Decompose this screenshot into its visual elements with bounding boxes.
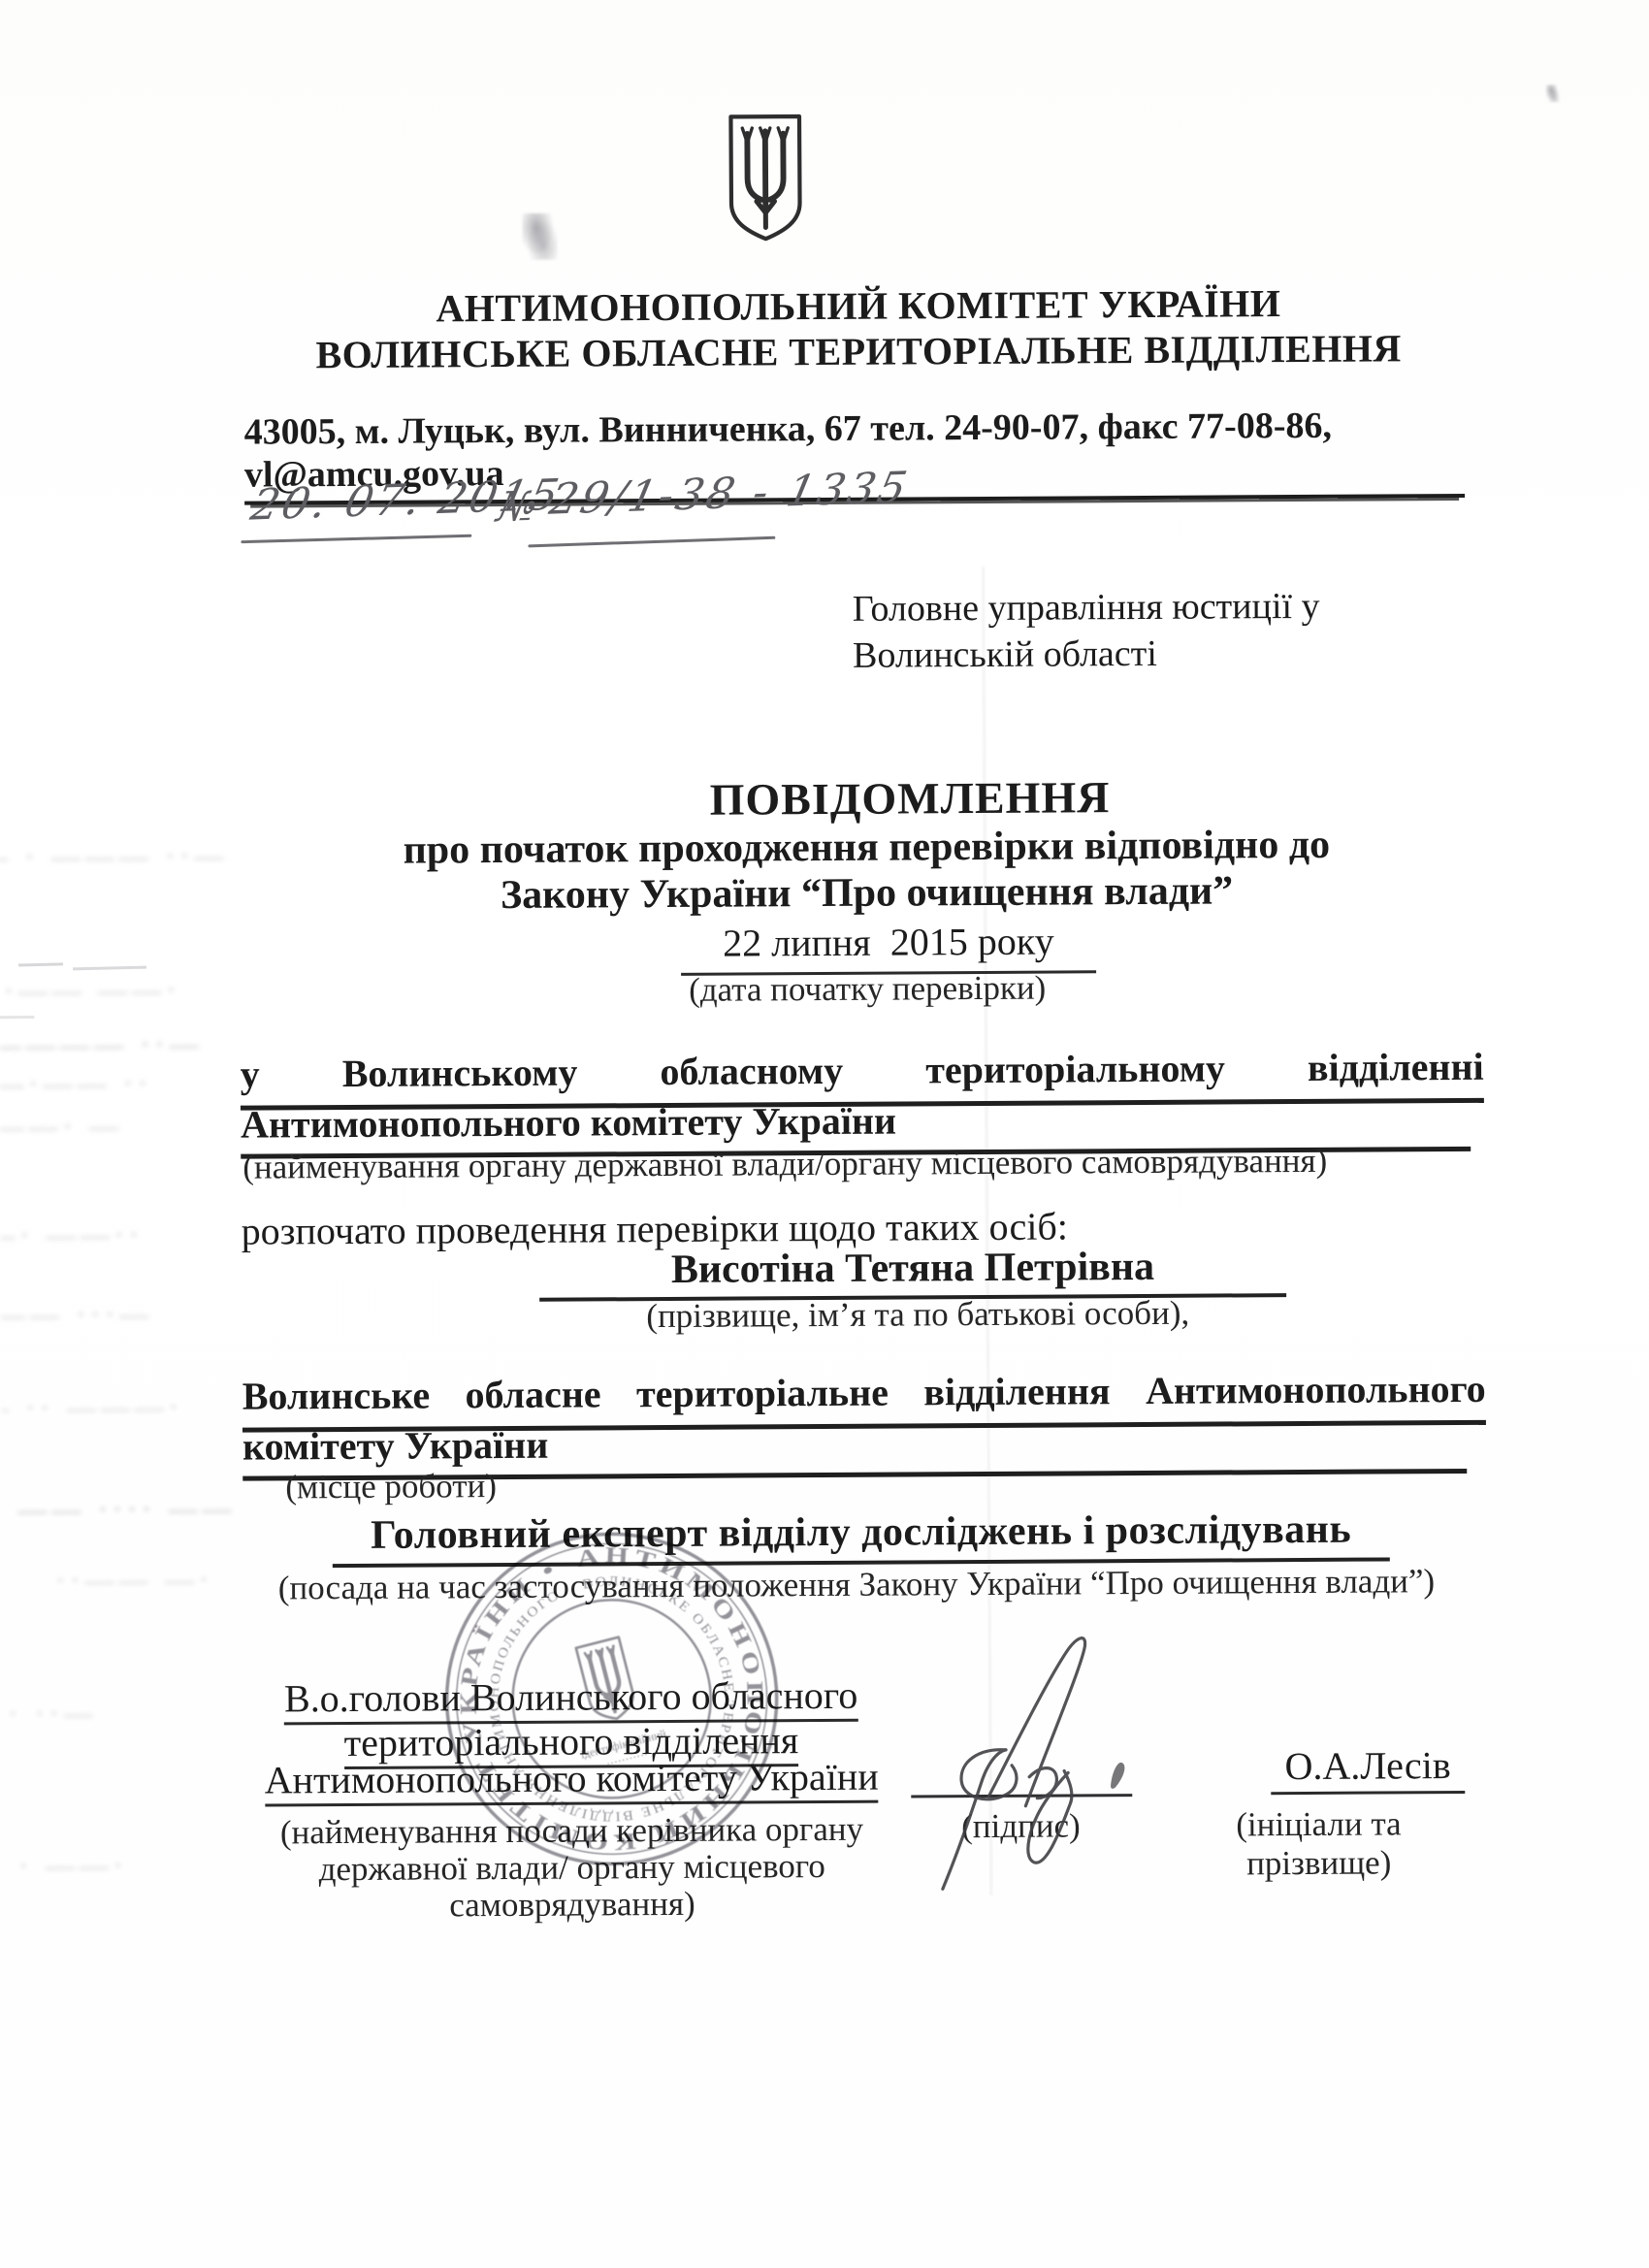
workplace-caption: (місце роботи) bbox=[285, 1467, 497, 1507]
organ-word: відділенні bbox=[1308, 1044, 1484, 1090]
scan-dash bbox=[0, 1016, 34, 1019]
date-underline bbox=[241, 535, 471, 543]
workplace-word: відділення bbox=[923, 1368, 1111, 1414]
addressee-block: Головне управління юстиції у Волинській … bbox=[853, 582, 1397, 678]
bleed-fragment: ·— ——·· bbox=[3, 1564, 209, 1598]
person-name: Висотіна Тетяна Петрівна bbox=[539, 1243, 1286, 1302]
document-title: ПОВІДОМЛЕННЯ bbox=[231, 768, 1589, 828]
organ-word: обласному bbox=[660, 1048, 843, 1094]
workplace-word: Волинське bbox=[242, 1372, 431, 1418]
signer-name: О.А.Лесів bbox=[1271, 1742, 1465, 1795]
signer-name-caption: (ініціали та прізвище) bbox=[1163, 1804, 1473, 1884]
scan-dash bbox=[18, 962, 63, 966]
scan-smudge bbox=[1546, 84, 1560, 102]
bleed-fragment: ··—— ·— bbox=[1, 1218, 139, 1252]
organ-word: у bbox=[241, 1052, 260, 1097]
bleed-fragment: —·· ——— · —— bbox=[0, 840, 223, 874]
bleed-fragment: ·—— ——· bbox=[0, 974, 176, 1008]
organ-caption: (найменування органу державної влади/орг… bbox=[242, 1142, 1327, 1187]
scan-smudge bbox=[522, 213, 557, 260]
org-name-line1: АНТИМОНОПОЛЬНИЙ КОМІТЕТ УКРАЇНИ bbox=[179, 278, 1537, 333]
ukraine-trident-emblem bbox=[725, 110, 807, 244]
bleed-fragment: —·· ·— bbox=[4, 1698, 93, 1732]
bleed-fragment: ·—— · bbox=[5, 1849, 123, 1883]
bleed-fragment: ·· ——·— — bbox=[0, 1067, 147, 1101]
addressee-line1: Головне управління юстиції у bbox=[853, 582, 1396, 632]
workplace-word: територіальне bbox=[636, 1370, 889, 1417]
letterhead-header: АНТИМОНОПОЛЬНИЙ КОМІТЕТ УКРАЇНИ ВОЛИНСЬК… bbox=[179, 278, 1538, 378]
org-name-line2: ВОЛИНСЬКЕ ОБЛАСНЕ ТЕРИТОРІАЛЬНЕ ВІДДІЛЕН… bbox=[179, 324, 1537, 378]
bleed-fragment: —·· ———— ··— bbox=[0, 1028, 199, 1062]
handwritten-signature bbox=[920, 1604, 1154, 1895]
addressee-line2: Волинській області bbox=[853, 629, 1396, 678]
inspection-start-date-caption: (дата початку перевірки) bbox=[188, 965, 1546, 1013]
scan-dash bbox=[73, 966, 146, 971]
organ-word: Волинському bbox=[342, 1050, 578, 1096]
person-name-caption: (прізвище, ім’я та по батькові особи), bbox=[243, 1291, 1592, 1338]
official-round-stamp: АНТИМОНОПОЛЬНИЙ КОМІТЕТ УКРАЇНИ • ВОЛИНС… bbox=[437, 1524, 787, 1873]
workplace-word: Антимонопольного bbox=[1146, 1366, 1486, 1413]
document-content: АНТИМОНОПОЛЬНИЙ КОМІТЕТ УКРАЇНИ ВОЛИНСЬК… bbox=[0, 0, 1649, 2268]
signer-post-caption3: самоврядування) bbox=[247, 1884, 897, 1927]
bleed-fragment: —— ···· —— bbox=[2, 1493, 231, 1527]
organ-word: територіальному bbox=[925, 1045, 1225, 1092]
number-sign: № bbox=[493, 482, 545, 532]
inspection-start-date: 22 липня 2015 року bbox=[681, 918, 1096, 976]
number-underline bbox=[528, 536, 775, 548]
bleed-fragment: — ·———· bbox=[0, 1110, 118, 1144]
position-caption: (посада на час застосування положення За… bbox=[236, 1562, 1477, 1608]
ink-blot bbox=[1111, 1763, 1125, 1789]
bleed-fragment: ·——— ·· — bbox=[2, 1391, 178, 1425]
stamp-trident-shield bbox=[576, 1637, 638, 1725]
scanned-document-page: АНТИМОНОПОЛЬНИЙ КОМІТЕТ УКРАЇНИ ВОЛИНСЬК… bbox=[0, 0, 1649, 2268]
workplace-word: обласне bbox=[465, 1371, 600, 1417]
bleed-fragment: —··· ——· bbox=[1, 1298, 148, 1332]
document-subtitle-line2: Закону України “Про очищення влади” bbox=[187, 865, 1545, 921]
